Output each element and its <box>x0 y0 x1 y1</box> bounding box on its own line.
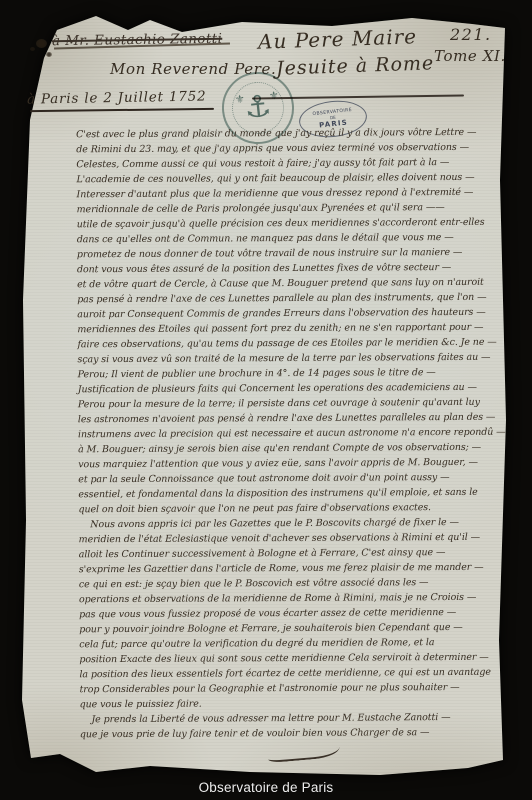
photo-backdrop: à Mr. Eustachio Zanotti Au Pere Maire 22… <box>0 0 532 800</box>
letter-body: C'est avec le plus grand plaisir du mond… <box>76 125 504 743</box>
manuscript-line: que je vous prie de luy faire tenir et d… <box>80 725 504 743</box>
page-number: 221. <box>450 25 492 44</box>
manuscript-line: Je prends la Liberté de vous adresser ma… <box>80 710 504 728</box>
manuscript-line: essentiel, et fondamental dans la dispos… <box>78 485 502 503</box>
ink-blot <box>36 39 47 48</box>
fleur-de-lis-icon: ⚜ <box>268 89 279 103</box>
photo-caption: Observatoire de Paris <box>0 780 532 795</box>
ink-blot <box>30 47 35 51</box>
manuscript-line: trop Considerables pour la Geographie et… <box>80 680 504 698</box>
dateline: à Paris le 2 Juillet 1752 <box>27 88 207 107</box>
ink-blot <box>46 52 52 57</box>
manuscript-line: pour y pouvoir joindre Bologne et Ferrar… <box>79 620 503 638</box>
manuscript-line: s'exprime les Gazettier dans l'article d… <box>79 560 503 578</box>
manuscript-line: sçay si vous avez vû son traité de la me… <box>77 350 501 368</box>
volume-number: Tome XI. <box>434 47 506 65</box>
